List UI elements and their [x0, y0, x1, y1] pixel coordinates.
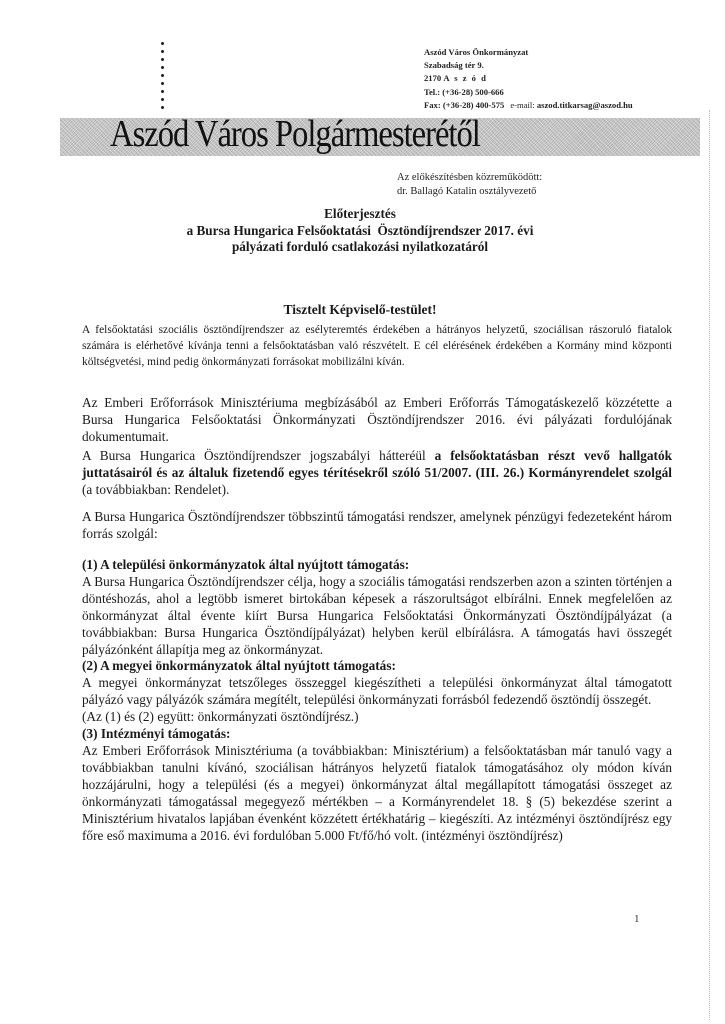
- page-number: 1: [634, 913, 640, 925]
- salutation: Tisztelt Képviselő-testület!: [100, 302, 620, 318]
- city-line: 2170 A s z ó d: [424, 72, 633, 85]
- section-2-heading: (2) A megyei önkormányzatok által nyújto…: [82, 658, 672, 675]
- title-line-3: pályázati forduló csatlakozási nyilatkoz…: [100, 239, 620, 256]
- section-3-text: Az Emberi Erőforrások Minisztériuma (a t…: [82, 743, 672, 844]
- title-line-2: a Bursa Hungarica Felsőoktatási Ösztöndí…: [100, 223, 620, 240]
- paragraph-intro: A felsőoktatási szociális ösztöndíjrends…: [82, 323, 672, 371]
- title-line-1: Előterjesztés: [100, 206, 620, 223]
- section-1-heading: (1) A települési önkormányzatok által ny…: [82, 557, 672, 574]
- contributor-block: Az előkészítésben közreműködött: dr. Bal…: [397, 171, 542, 199]
- letterhead-address: Aszód Város Önkormányzat Szabadság tér 9…: [424, 46, 633, 112]
- margin-dots-decoration: [161, 42, 165, 114]
- street-address: Szabadság tér 9.: [424, 59, 633, 72]
- paragraph-text: A felsőoktatási szociális ösztöndíjrends…: [82, 323, 672, 371]
- contributor-label: Az előkészítésben közreműködött:: [397, 171, 542, 185]
- document-title: Előterjesztés a Bursa Hungarica Felsőokt…: [100, 206, 620, 256]
- scan-edge-line: [709, 110, 710, 1020]
- paragraph-text: Az Emberi Erőforrások Minisztériuma megb…: [82, 395, 672, 446]
- section-2-text: A megyei önkormányzat tetszőleges összeg…: [82, 675, 672, 709]
- email-label: e-mail:: [510, 100, 534, 110]
- paragraph-text: A Bursa Hungarica Ösztöndíjrendszer több…: [82, 509, 672, 543]
- fax: Fax: (+36-28) 400-575: [424, 100, 504, 110]
- email-address: aszod.titkarsag@aszod.hu: [537, 100, 633, 110]
- section-2-note: (Az (1) és (2) együtt: önkormányzati ösz…: [82, 709, 672, 726]
- organization-name: Aszód Város Önkormányzat: [424, 46, 633, 59]
- banner-title: Aszód Város Polgármesterétől: [110, 111, 480, 157]
- section-1-text: A Bursa Hungarica Ösztöndíjrendszer célj…: [82, 574, 672, 659]
- telephone: Tel.: (+36-28) 500-666: [424, 86, 633, 99]
- paragraph-announcement: Az Emberi Erőforrások Minisztériuma megb…: [82, 395, 672, 446]
- funding-sections: (1) A települési önkormányzatok által ny…: [82, 557, 672, 844]
- paragraph-text: A Bursa Hungarica Ösztöndíjrendszer jogs…: [82, 448, 672, 499]
- paragraph-legal-basis: A Bursa Hungarica Ösztöndíjrendszer jogs…: [82, 448, 672, 499]
- contributor-name: dr. Ballagó Katalin osztályvezető: [397, 185, 542, 199]
- paragraph-funding-sources: A Bursa Hungarica Ösztöndíjrendszer több…: [82, 509, 672, 543]
- section-3-heading: (3) Intézményi támogatás:: [82, 726, 672, 743]
